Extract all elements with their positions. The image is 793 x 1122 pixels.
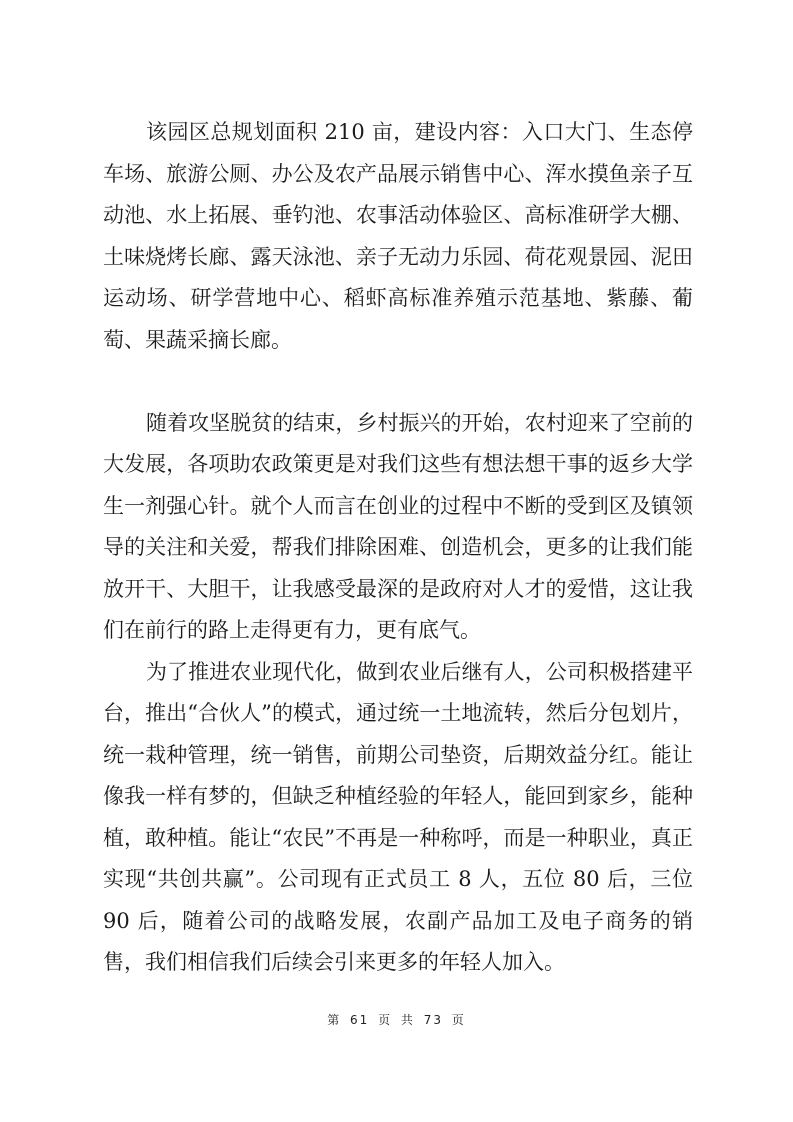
paragraph-rural-revitalization: 随着攻坚脱贫的结束，乡村振兴的开始，农村迎来了空前的大发展，各项助农政策更是对我… — [103, 403, 693, 652]
document-page: 该园区总规划面积 210 亩，建设内容：入口大门、生态停车场、旅游公厕、办公及农… — [0, 0, 793, 1122]
paragraph-partner-model: 为了推进农业现代化，做到农业后继有人，公司积极搭建平台，推出“合伙人”的模式，通… — [103, 652, 693, 984]
paragraph-park-plan: 该园区总规划面积 210 亩，建设内容：入口大门、生态停车场、旅游公厕、办公及农… — [103, 112, 693, 361]
page-number-footer: 第 61 页 共 73 页 — [0, 1011, 793, 1028]
document-body: 该园区总规划面积 210 亩，建设内容：入口大门、生态停车场、旅游公厕、办公及农… — [103, 112, 693, 984]
